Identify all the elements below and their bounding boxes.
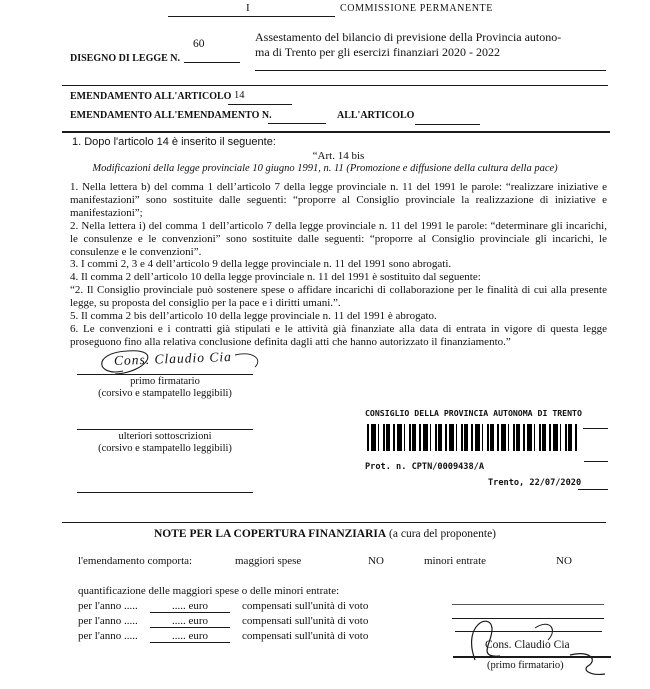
bottom-signature-name: Cons. Claudio Cia [485,639,570,651]
year-row-1-offset: compensati sull'unità di voto [242,600,368,612]
bill-number-underline [184,62,240,63]
paragraph-4: 4. Il comma 2 dell’articolo 10 della leg… [70,271,607,284]
quantification-label: quantificazione delle maggiori spese o d… [78,585,339,597]
year-row-3-offset: compensati sull'unità di voto [242,630,368,642]
stamp-side-line-3 [578,489,608,490]
higher-expenses-label: maggiori spese [235,555,301,567]
year-row-1-amount: ..... euro [150,600,230,613]
stamp-place-date: Trento, 22/07/2020 [488,478,581,488]
amendment-form-page: I COMMISSIONE PERMANENTE DISEGNO DI LEGG… [0,0,650,689]
year-row-2-amount: ..... euro [150,615,230,628]
bottom-signature-role: (primo firmatario) [487,660,564,671]
bill-number-label: DISEGNO DI LEGGE N. [70,53,180,64]
amendment-article-number: 14 [234,90,245,101]
article-subtitle: Modificazioni della legge provinciale 10… [0,163,650,174]
commission-number: I [246,2,250,14]
implies-label: l'emendamento comporta: [78,555,192,567]
bottom-signature-line-1 [452,604,604,605]
additional-signatures-line-2 [77,492,253,493]
first-signature-line [77,374,253,375]
lower-revenues-label: minori entrate [424,555,486,567]
amendment-article-underline [228,104,292,105]
financial-notes-title-suffix: (a cura del proponente) [386,528,496,540]
stamp-side-line-2 [584,461,608,462]
year-row-2-offset: compensati sull'unità di voto [242,615,368,627]
additional-signatures-label: ulteriori sottoscrizioni [77,431,253,442]
first-signature-note: (corsivo e stampatello leggibili) [52,388,278,399]
bill-title-underline [255,70,606,71]
stamp-org-name: CONSIGLIO DELLA PROVINCIA AUTONOMA DI TR… [365,408,582,418]
bottom-signature-rule [453,656,611,658]
paragraph-2: 2. Nella lettera i) del comma 1 dell’art… [70,220,607,259]
sub-amendment-underline [268,123,326,124]
amendment-divider [62,131,610,133]
barcode [367,424,578,451]
amendment-intro: 1. Dopo l'articolo 14 è inserito il segu… [72,136,276,148]
to-article-label: ALL'ARTICOLO [337,110,414,121]
paragraph-6: 5. Il comma 2 bis dell’articolo 10 della… [70,310,607,323]
stamp-side-line-1 [583,428,608,429]
financial-notes-divider [62,522,606,523]
bill-title-line2: ma di Trento per gli esercizi finanziari… [255,45,500,59]
year-row-3-amount: ..... euro [150,630,230,643]
sub-amendment-label: EMENDAMENTO ALL'EMENDAMENTO N. [70,110,272,121]
to-article-underline [415,124,480,125]
first-signature-role: primo firmatario [77,376,253,387]
lower-revenues-value: NO [556,555,572,567]
year-row-3-label: per l'anno ..... [78,630,138,642]
stamp-protocol-number: Prot. n. CPTN/0009438/A [365,462,484,472]
paragraph-1: 1. Nella lettera b) del comma 1 dell’art… [70,181,607,220]
additional-signatures-note: (corsivo e stampatello leggibili) [52,443,278,454]
paragraph-5: “2. Il Consiglio provinciale può sostene… [70,284,607,310]
amendment-paragraphs: 1. Nella lettera b) del comma 1 dell’art… [70,181,607,349]
commission-label: COMMISSIONE PERMANENTE [340,3,493,14]
commission-number-underline [168,16,335,17]
year-row-1-label: per l'anno ..... [78,600,138,612]
bill-number-value: 60 [193,38,205,50]
paragraph-3: 3. I commi 2, 3 e 4 dell’articolo 9 dell… [70,258,607,271]
header-divider [62,85,608,86]
financial-notes-title: NOTE PER LA COPERTURA FINANZIARIA [154,528,386,540]
amendment-article-label: EMENDAMENTO ALL'ARTICOLO [70,91,231,102]
year-row-2-label: per l'anno ..... [78,615,138,627]
article-heading: “Art. 14 bis [70,150,607,162]
higher-expenses-value: NO [368,555,384,567]
additional-signatures-line [77,429,253,430]
bill-title-line1: Assestamento del bilancio di previsione … [255,30,561,44]
